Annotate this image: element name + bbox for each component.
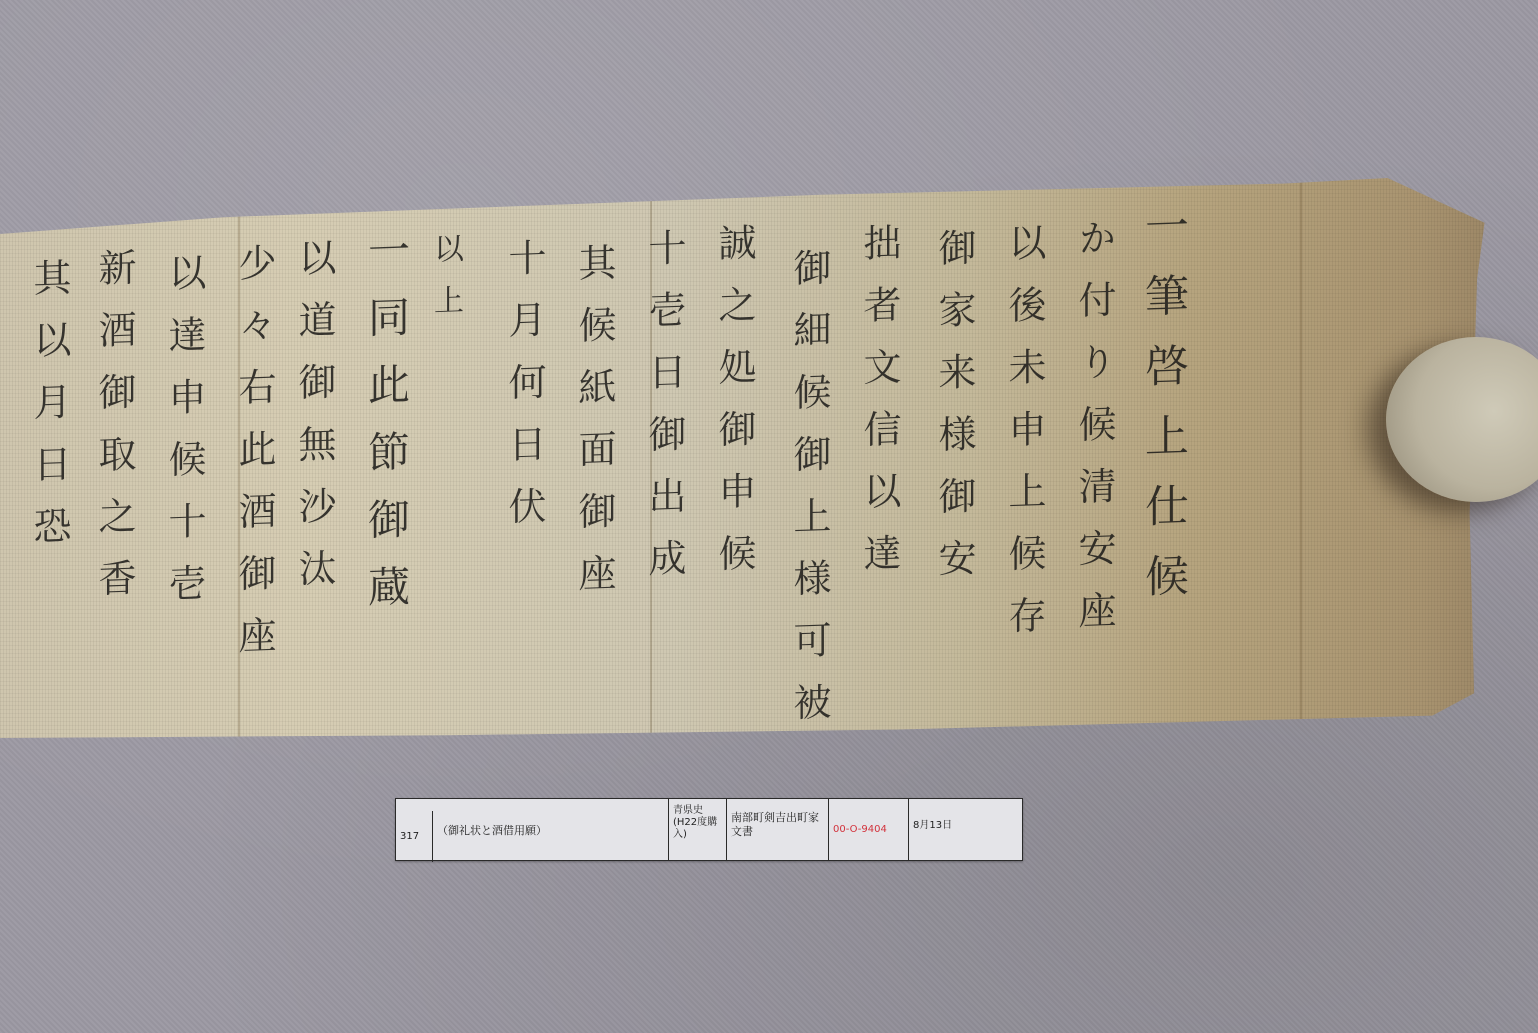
label-date: 8月13日 xyxy=(909,799,1022,860)
calligraphy-column: 以 道 御 無 沙 汰 xyxy=(295,237,333,593)
calligraphy-column: 誠 之 処 御 申 候 xyxy=(715,222,753,578)
calligraphy-column: 其 以 月 日 恐 xyxy=(30,257,68,551)
label-source: 青県史(H22度購入) xyxy=(669,799,727,860)
calligraphy-column: 一 筆 啓 上 仕 候 xyxy=(1140,202,1184,603)
calligraphy-column: 以 達 申 候 十 壱 xyxy=(165,252,203,608)
calligraphy-column: 拙 者 文 信 以 達 xyxy=(860,222,898,578)
label-number: 317 xyxy=(396,811,433,862)
label-collection: 南部町剣吉出町家文書 xyxy=(727,799,829,860)
calligraphy-column: 少 々 右 此 酒 御 座 xyxy=(235,242,273,660)
label-code: 00-O-9404 xyxy=(829,799,909,860)
calligraphy-column: 其 候 紙 面 御 座 xyxy=(575,242,613,598)
calligraphy-column: か 付 り 候 清 安 座 xyxy=(1075,217,1113,635)
calligraphy-column: 御 家 来 様 御 安 xyxy=(935,227,973,583)
catalogue-label: 317 （御礼状と酒借用願） 青県史(H22度購入) 南部町剣吉出町家文書 00… xyxy=(395,798,1023,861)
calligraphy-column: 新 酒 御 取 之 香 xyxy=(95,247,133,603)
label-title: （御礼状と酒借用願） xyxy=(433,799,669,860)
handwritten-document-scroll: 一 筆 啓 上 仕 候 か 付 り 候 清 安 座 以 後 未 申 上 候 存 … xyxy=(0,178,1492,738)
calligraphy-column: 以 上 xyxy=(430,232,460,321)
calligraphy-column: 一 同 此 節 御 蔵 xyxy=(365,227,407,613)
calligraphy-column: 以 後 未 申 上 候 存 xyxy=(1005,222,1043,640)
calligraphy-column: 御 細 候 御 上 様 可 被 xyxy=(790,247,828,727)
paper-fold xyxy=(1300,178,1302,738)
calligraphy-column: 十 壱 日 御 出 成 xyxy=(645,227,683,583)
calligraphy-column: 十 月 何 日 伏 xyxy=(505,237,543,531)
